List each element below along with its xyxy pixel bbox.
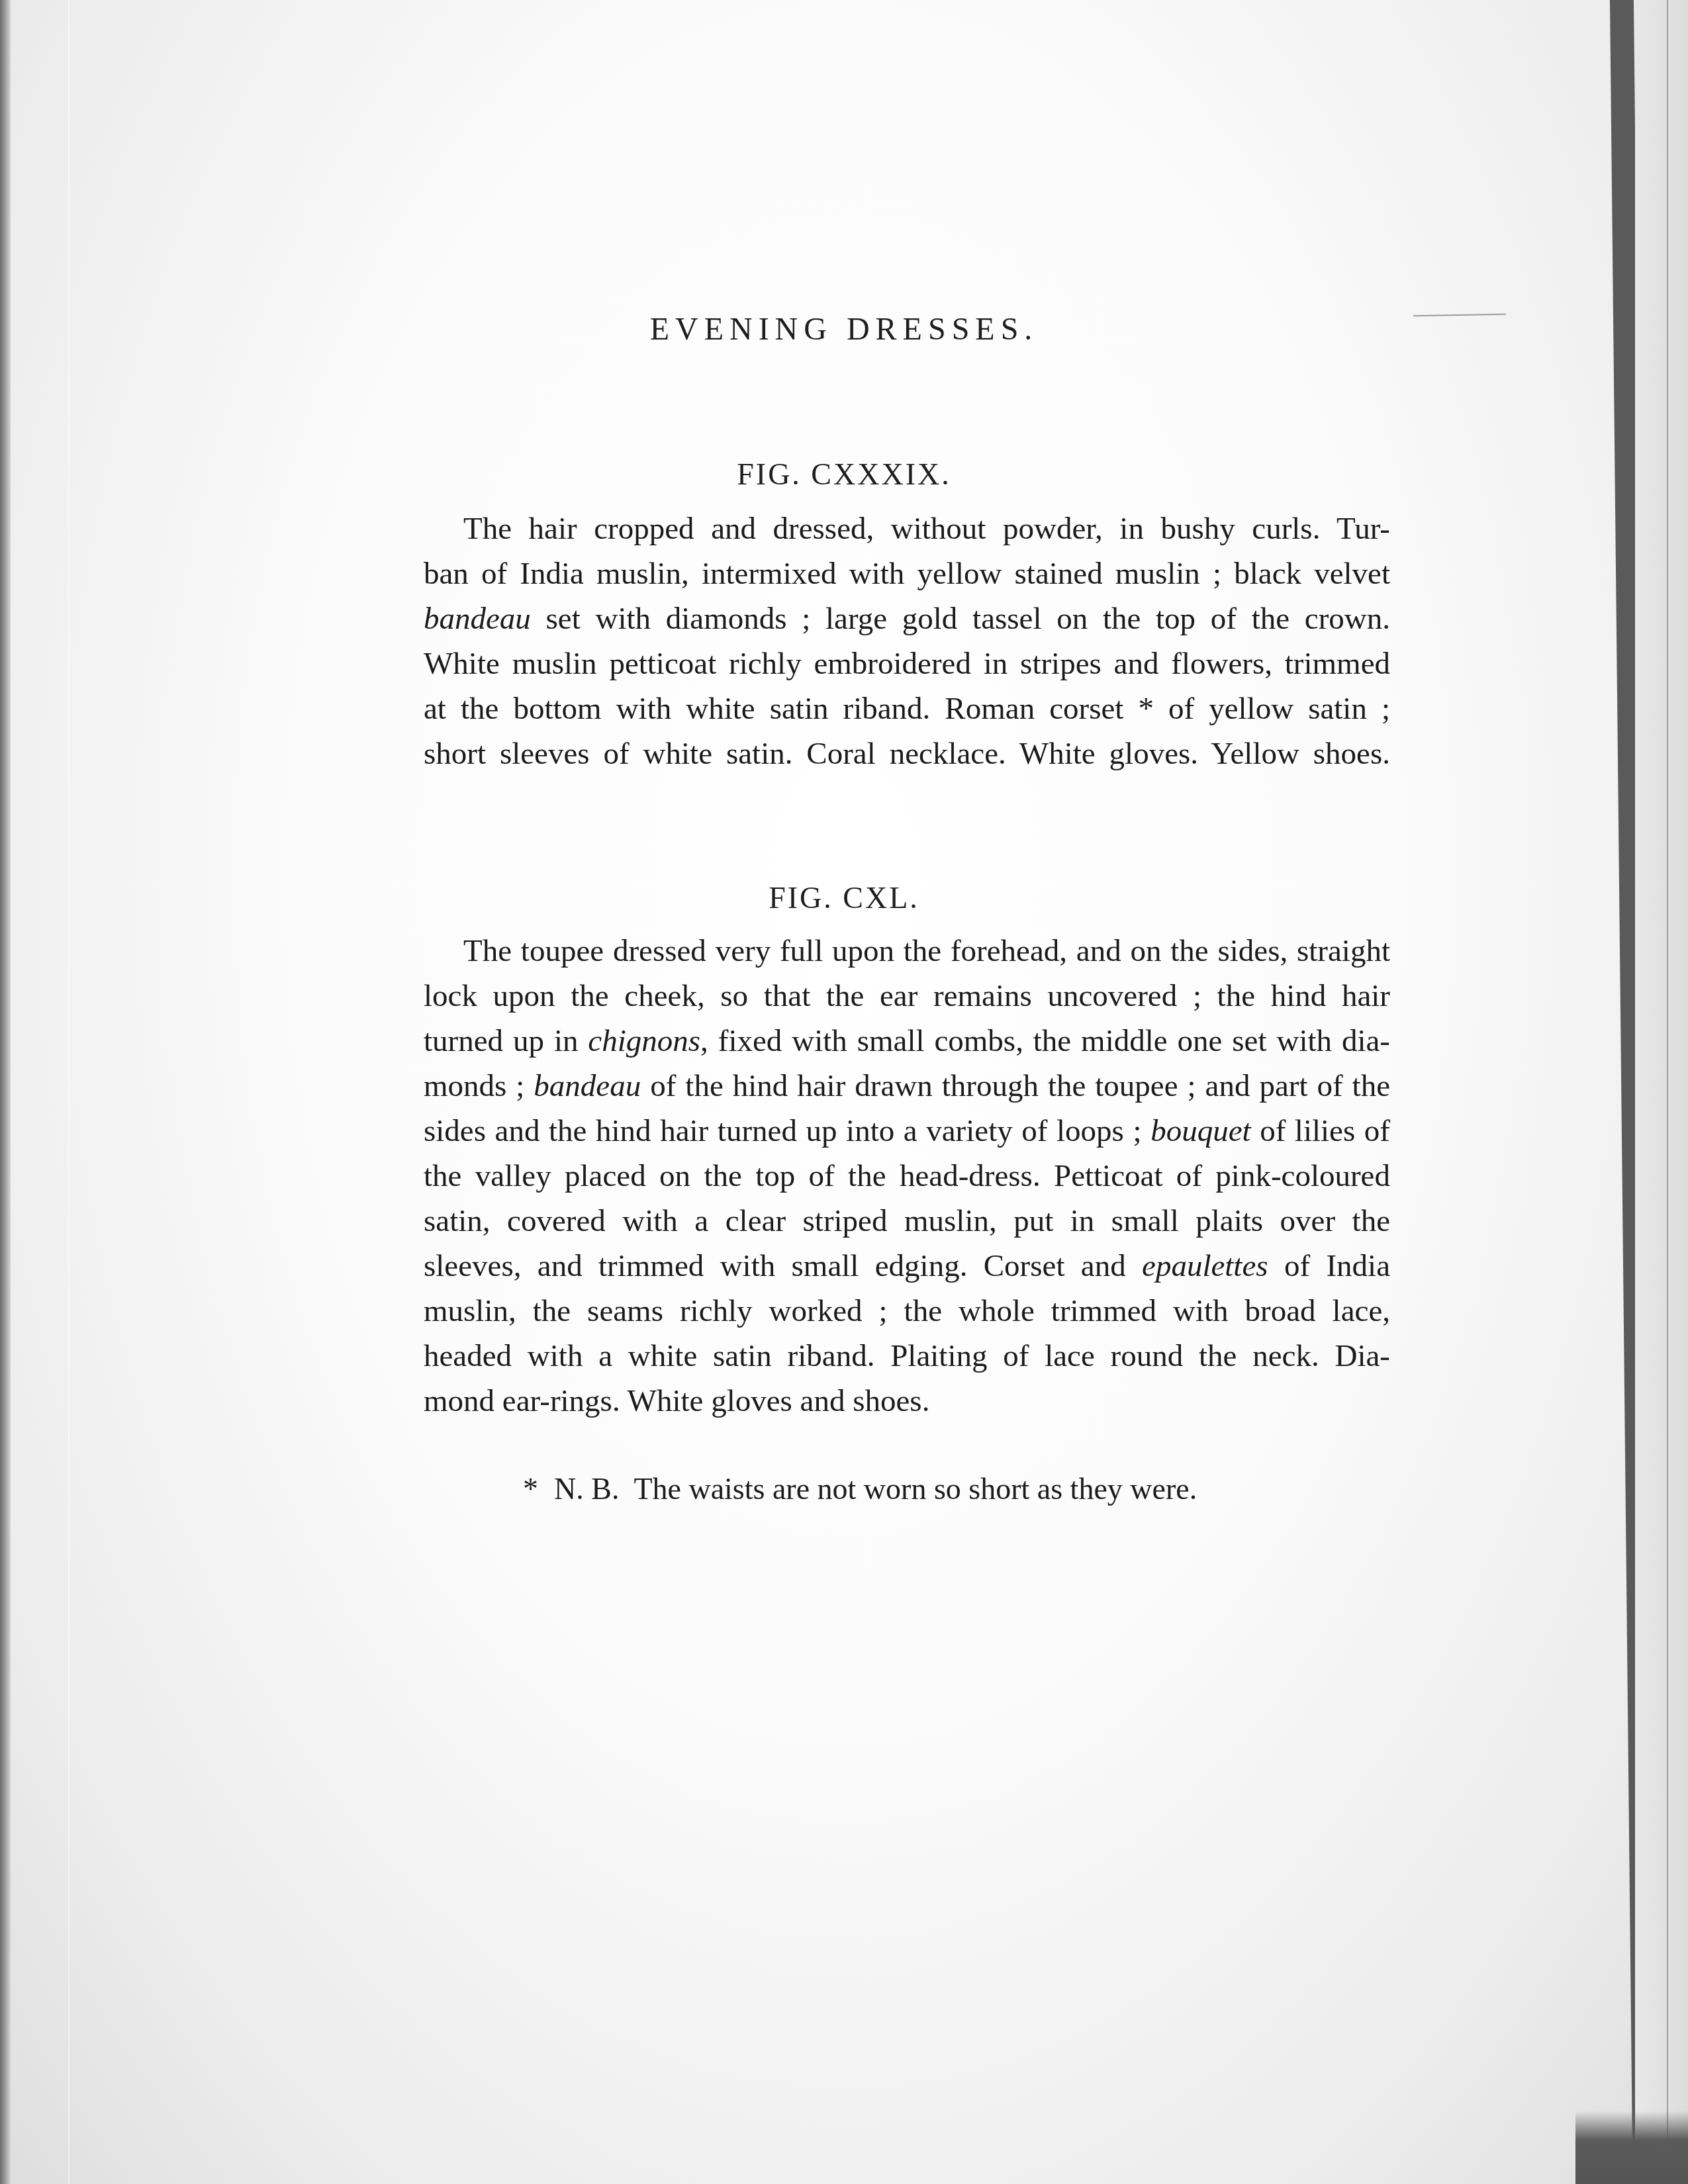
scanned-page: EVENING DRESSES. FIG. CXXXIX. The hair c… bbox=[0, 0, 1688, 2184]
text-fragment: turned up in bbox=[424, 1024, 588, 1058]
text-fragment: sleeves, and trimmed with small edging. … bbox=[424, 1249, 1142, 1283]
text-line: sides and the hind hair turned up into a… bbox=[424, 1109, 1390, 1154]
text-line: short sleeves of white satin. Coral neck… bbox=[424, 731, 1390, 776]
text-line: the valley placed on the top of the head… bbox=[424, 1154, 1390, 1199]
page-bottom-corner-shadow bbox=[1575, 2111, 1688, 2184]
text-line: muslin, the seams richly worked ; the wh… bbox=[424, 1289, 1390, 1334]
page-heading: EVENING DRESSES. bbox=[0, 311, 1688, 347]
text-fragment: of the hind hair drawn through the toupe… bbox=[641, 1069, 1390, 1103]
text-line: turned up in chignons, fixed with small … bbox=[424, 1019, 1390, 1064]
footnote: *N. B.The waists are not worn so short a… bbox=[523, 1469, 1197, 1509]
text-line: at the bottom with white satin riband. R… bbox=[424, 686, 1390, 731]
text-line: headed with a white satin riband. Plaiti… bbox=[424, 1334, 1390, 1379]
italic-term: bandeau bbox=[534, 1069, 641, 1103]
italic-term: chignons bbox=[588, 1024, 700, 1058]
text-fragment: of lilies of bbox=[1251, 1114, 1390, 1148]
text-line: bandeau set with diamonds ; large gold t… bbox=[424, 596, 1390, 641]
text-line: lock upon the cheek, so that the ear rem… bbox=[424, 974, 1390, 1019]
text-fragment: set with diamonds ; large gold tassel on… bbox=[531, 602, 1390, 636]
text-line: monds ; bandeau of the hind hair drawn t… bbox=[424, 1064, 1390, 1109]
footnote-label: N. B. bbox=[554, 1472, 619, 1506]
figure-description: The toupee dressed very full upon the fo… bbox=[424, 929, 1390, 1424]
footnote-text: The waists are not worn so short as they… bbox=[633, 1472, 1197, 1506]
text-line: mond ear-rings. White gloves and shoes. bbox=[424, 1379, 1390, 1424]
figure-title: FIG. CXXXIX. bbox=[0, 457, 1688, 492]
text-line: ban of India muslin, intermixed with yel… bbox=[424, 551, 1390, 596]
figure-description: The hair cropped and dressed, without po… bbox=[424, 506, 1390, 776]
text-fragment: monds ; bbox=[424, 1069, 534, 1103]
text-line: The hair cropped and dressed, without po… bbox=[424, 506, 1390, 551]
footnote-marker: * bbox=[523, 1472, 538, 1506]
italic-term: epaulettes bbox=[1142, 1249, 1268, 1283]
text-fragment: sides and the hind hair turned up into a… bbox=[424, 1114, 1150, 1148]
text-line: The toupee dressed very full upon the fo… bbox=[424, 929, 1390, 974]
text-line: White muslin petticoat richly embroidere… bbox=[424, 641, 1390, 686]
text-line: satin, covered with a clear striped musl… bbox=[424, 1199, 1390, 1244]
italic-term: bouquet bbox=[1150, 1114, 1250, 1148]
text-fragment: of India bbox=[1268, 1249, 1390, 1283]
figure-title: FIG. CXL. bbox=[0, 880, 1688, 915]
italic-term: bandeau bbox=[424, 602, 531, 636]
text-fragment: , fixed with small combs, the middle one… bbox=[700, 1024, 1390, 1058]
text-line: sleeves, and trimmed with small edging. … bbox=[424, 1244, 1390, 1289]
